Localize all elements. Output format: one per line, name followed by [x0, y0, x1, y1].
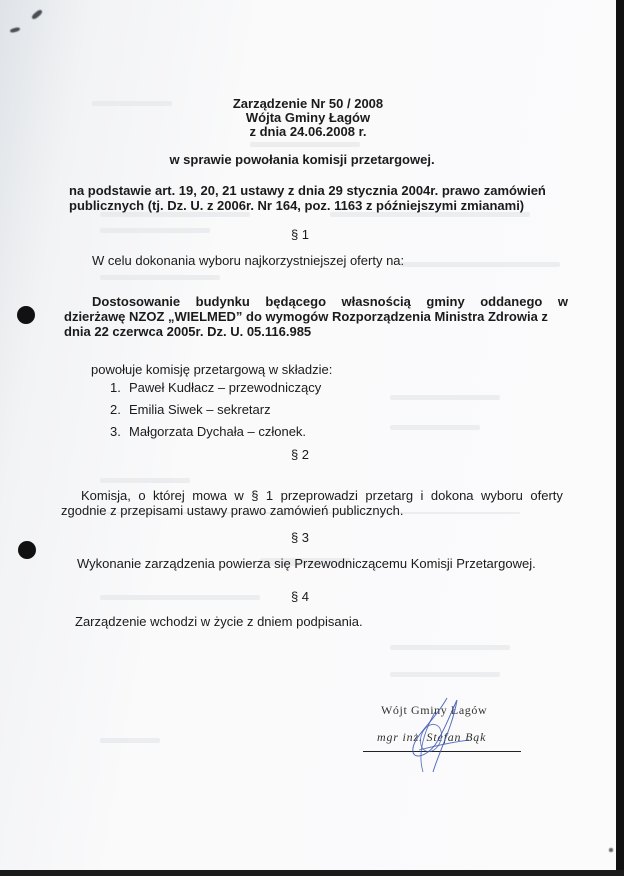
- word: o: [138, 488, 145, 503]
- bleed-through: [100, 738, 160, 743]
- word: będącego: [265, 294, 326, 309]
- member-number: 2.: [110, 402, 121, 417]
- word: dokona: [431, 488, 474, 503]
- document-issuer: Wójta Gminy Łagów: [0, 110, 616, 125]
- word: budynku: [196, 294, 250, 309]
- scan-edge-right: [616, 0, 624, 876]
- bleed-through: [100, 275, 220, 280]
- document-title: Zarządzenie Nr 50 / 2008: [0, 96, 616, 111]
- word: własnością: [342, 294, 411, 309]
- tender-subject-line-2: dzierżawę NZOZ „WIELMED” do wymogów Rozp…: [64, 309, 548, 324]
- bleed-through: [390, 395, 500, 400]
- bleed-through: [400, 262, 560, 267]
- section-2-line-1: Komisja,októrejmowaw§1przeprowadziprzeta…: [81, 488, 563, 503]
- punch-hole: [17, 306, 35, 324]
- bleed-through: [100, 478, 190, 483]
- document-date: z dnia 24.06.2008 r.: [0, 124, 616, 139]
- tender-subject-line-3: dnia 22 czerwca 2005r. Dz. U. 05.116.985: [64, 324, 311, 339]
- section-1-heading: § 1: [0, 227, 600, 242]
- word: i: [421, 488, 424, 503]
- word: w: [234, 488, 243, 503]
- section-3-text: Wykonanie zarządzenia powierza się Przew…: [77, 556, 536, 571]
- word: gminy: [426, 294, 464, 309]
- word: 1: [266, 488, 273, 503]
- section-4-text: Zarządzenie wchodzi w życie z dniem podp…: [75, 614, 363, 629]
- bleed-through: [250, 142, 360, 147]
- word: w: [558, 294, 568, 309]
- word: przeprowadzi: [281, 488, 358, 503]
- word: Dostosowanie: [92, 294, 180, 309]
- handwritten-signature-icon: [395, 690, 475, 780]
- member-chair: Paweł Kudłacz – przewodniczący: [129, 380, 321, 395]
- section-2-heading: § 2: [0, 447, 600, 462]
- bleed-through: [390, 672, 500, 677]
- member-number: 3.: [110, 424, 121, 439]
- word: wyboru: [481, 488, 523, 503]
- member-member: Małgorzata Dychała – członek.: [129, 424, 306, 439]
- word: oferty: [530, 488, 563, 503]
- word: §: [251, 488, 258, 503]
- word: której: [153, 488, 185, 503]
- section-4-heading: § 4: [0, 589, 600, 604]
- member-number: 1.: [110, 380, 121, 395]
- scan-edge-bottom: [0, 870, 624, 876]
- word: mowa: [192, 488, 227, 503]
- member-secretary: Emilia Siwek – sekretarz: [129, 402, 271, 417]
- scan-smudge: [609, 848, 613, 852]
- tender-subject-line-1: Dostosowaniebudynkubędącegowłasnościągmi…: [92, 294, 568, 309]
- word: Komisja,: [81, 488, 131, 503]
- word: przetarg: [365, 488, 413, 503]
- section-2-line-2: zgodnie z przepisami ustawy prawo zamówi…: [61, 503, 404, 518]
- section-3-heading: § 3: [0, 530, 600, 545]
- bleed-through: [390, 425, 480, 430]
- committee-appointment: powołuje komisję przetargową w składzie:: [91, 362, 332, 377]
- legal-basis-line-1: na podstawie art. 19, 20, 21 ustawy z dn…: [69, 183, 546, 198]
- word: oddanego: [480, 294, 542, 309]
- document-subject: w sprawie powołania komisji przetargowej…: [0, 152, 610, 167]
- legal-basis-line-2: publicznych (tj. Dz. U. z 2006r. Nr 164,…: [69, 198, 524, 213]
- bleed-through: [390, 645, 510, 650]
- section-1-intro: W celu dokonania wyboru najkorzystniejsz…: [92, 253, 404, 268]
